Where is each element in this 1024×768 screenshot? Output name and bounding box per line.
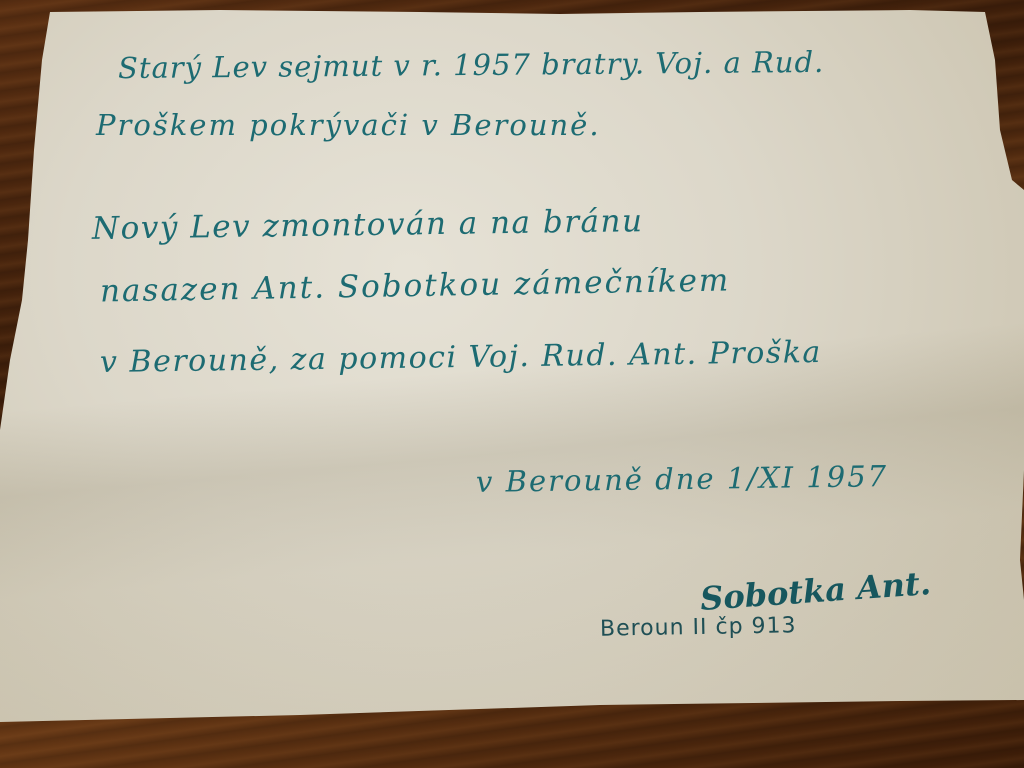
handwritten-letter-paper: Starý Lev sejmut v r. 1957 bratry. Voj. … (0, 0, 1024, 768)
address-stamp: Beroun II čp 913 (600, 613, 797, 641)
paragraph-1-line-2: Proškem pokrývači v Berouně. (96, 108, 601, 142)
paragraph-2-line-1: Nový Lev zmontován a na bránu (92, 203, 644, 247)
dateline: v Berouně dne 1/XI 1957 (476, 459, 889, 499)
paragraph-1-line-1: Starý Lev sejmut v r. 1957 bratry. Voj. … (118, 45, 825, 85)
